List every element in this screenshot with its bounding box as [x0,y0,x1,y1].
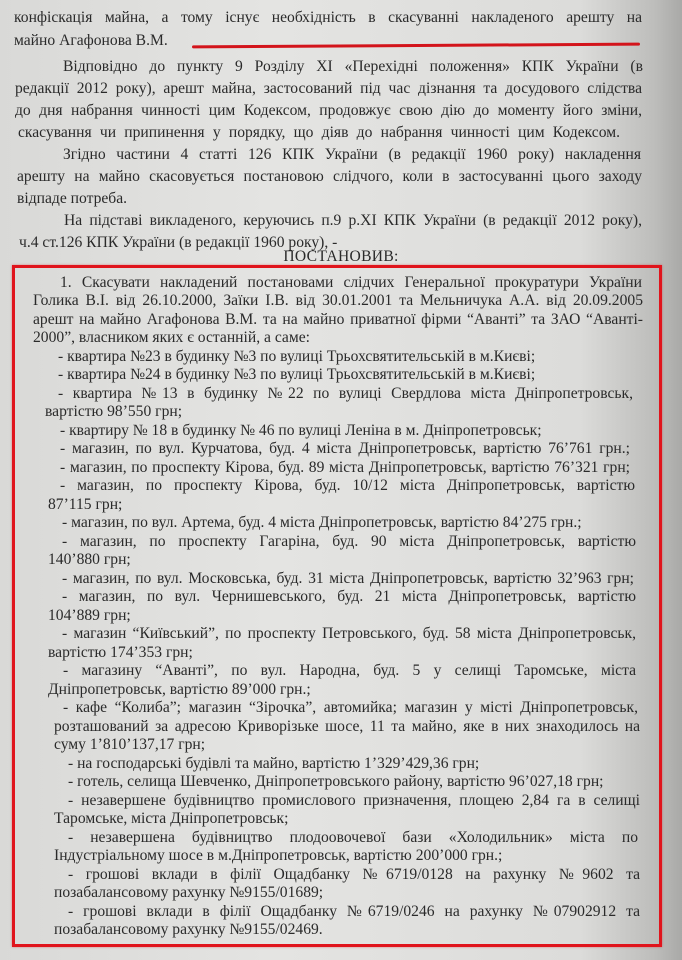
property-list-item: - магазин “Київський”, по проспекту Петр… [62,624,636,644]
resolution-line: позабалансовому рахунку №9155/01689; [54,883,323,903]
property-list-item: - незавершене будівництво промислового п… [68,791,640,811]
decision-heading: ПОСТАНОВИВ: [0,248,682,266]
resolution-line: розташований за адресою Криворізьке шосе… [54,717,640,737]
property-list-item: - незавершена будівництво плодоовочевої … [68,828,638,848]
resolution-line: Таромське, міста Дніпропетровськ; [54,809,288,829]
resolution-line: Голика В.І. від 26.10.2000, Заїки І.В. в… [33,291,643,311]
intro-line: відпаде потреба. [17,189,127,209]
property-list-item: - магазин, по проспекту Кірова, буд. 10/… [60,476,635,496]
property-list-item: - магазин, по проспекту Гагаріна, буд. 9… [62,532,636,552]
property-list-item: - квартира №23 в будинку №3 по вулиці Тр… [58,347,535,367]
property-list-item: - магазин, по вул. Московська, буд. 31 м… [62,569,634,589]
resolution-line: Дніпропетровськ, вартістю 89’000 грн.; [48,680,311,700]
resolution-line: арешт на майно Агафонова В.М. та на майн… [33,310,643,330]
property-list-item: - квартиру № 18 в будинку № 46 по вулиці… [60,421,542,441]
intro-line: На підставі викладеного, керуючись п.9 р… [64,211,642,231]
property-list-item: - грошові вклади в філії Ощадбанку №6719… [68,865,640,885]
intro-line: редакції 2012 року), арешт майна, застос… [15,79,642,99]
intro-line: майно Агафонова В.М. [14,31,168,51]
property-list-item: - на господарські будівлі та майно, варт… [68,754,479,774]
intro-line: арешту на майно скасовується постановою … [17,167,642,187]
property-list-item: - магазин, по вул. Курчатова, буд. 4 міс… [60,439,630,459]
property-list-item: - квартира №13 в будинку №22 по вулиці С… [58,384,633,404]
resolution-line: позабалансовому рахунку №9155/02469. [54,920,323,940]
resolution-line: суму 1’810’137,17 грн; [54,735,205,755]
resolution-line: Індустріальному шосе в м.Дніпропетровськ… [54,846,502,866]
resolution-item-heading: 1. Скасувати накладений постановами слід… [60,273,642,293]
resolution-line: 140’880 грн; [48,550,131,570]
intro-line: скасування чи припинення у порядку, що д… [18,123,620,143]
property-list-item: - магазину “Аванті”, по вул. Народна, бу… [63,661,636,681]
resolution-line: вартістю 174’353 грн; [48,643,193,663]
property-list-item: - квартира №24 в будинку №3 по вулиці Тр… [58,365,535,385]
resolution-line: 104’889 грн; [48,606,131,626]
resolution-line: вартістю 98’550 грн; [45,402,182,422]
resolution-line: 87’115 грн; [48,495,122,515]
resolution-line: 2000”, власником яких є останній, а саме… [33,328,310,348]
property-list-item: - грошові вклади в філії Ощадбанку №6719… [68,902,640,922]
property-list-item: - кафе “Колиба”; магазин “Зірочка”, авто… [63,698,638,718]
intro-line: конфіскація майна, а тому існує необхідн… [14,8,642,28]
property-list-item: - магазин, по вул. Чернишевського, буд. … [62,587,636,607]
intro-line: Згідно частини 4 статті 126 КПК України … [63,145,641,165]
intro-line: Відповідно до пункту 9 Розділу XI «Перех… [63,57,643,77]
property-list-item: - готель, селища Шевченко, Дніпропетровс… [68,772,604,792]
scanned-document-page: конфіскація майна, а тому існує необхідн… [0,0,682,960]
property-list-item: - магазин, по проспекту Кірова, буд. 89 … [60,458,630,478]
red-underline-annotation [192,43,640,49]
property-list-item: - магазин, по вул. Артема, буд. 4 міста … [62,513,582,533]
intro-line: до дня набрання чинності цим Кодексом, п… [15,101,642,121]
